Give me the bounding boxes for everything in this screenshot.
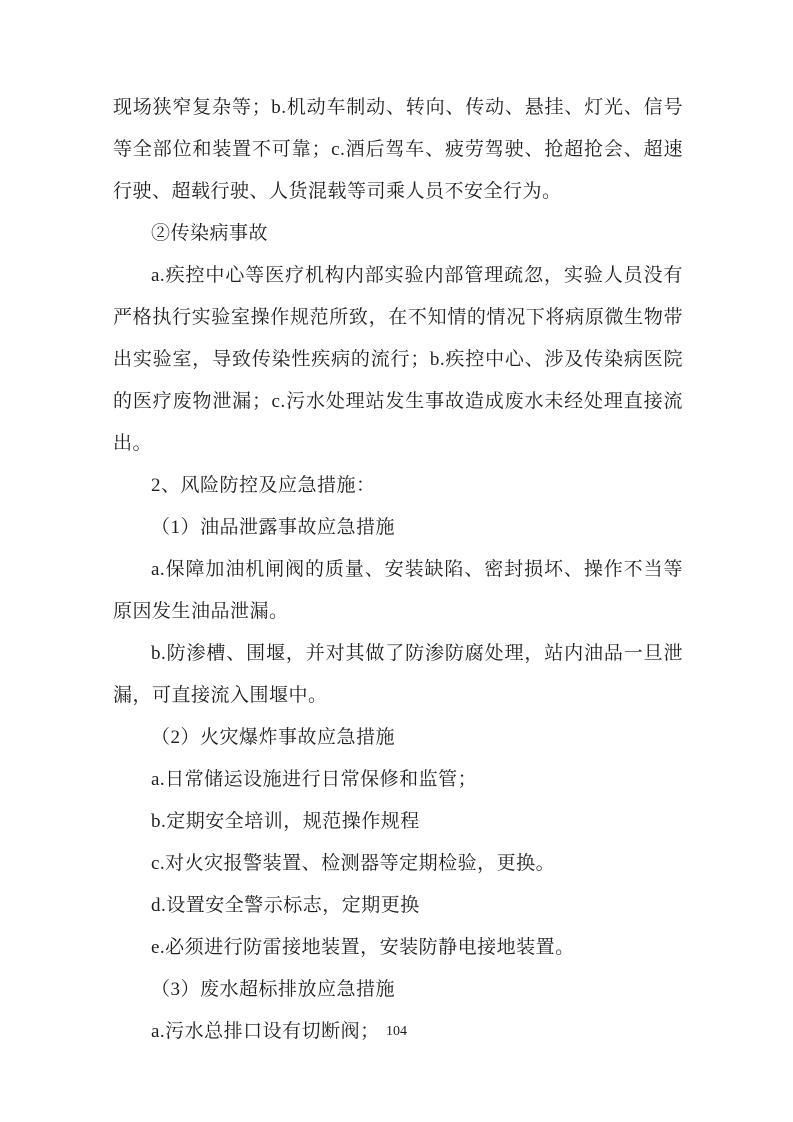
paragraph-infectious-disease-detail: a.疾控中心等医疗机构内部实验内部管理疏忽，实验人员没有严格执行实验室操作规范所…: [113, 255, 683, 465]
paragraph-fire-item-b: b.定期安全培训，规范操作规程: [113, 801, 683, 843]
paragraph-fire-item-e: e.必须进行防雷接地装置，安装防静电接地装置。: [113, 927, 683, 969]
paragraph-oil-leak-item-b: b.防渗槽、围堰，并对其做了防渗防腐处理，站内油品一旦泄漏，可直接流入围堰中。: [113, 633, 683, 717]
paragraph-heading-oil-leak: （1）油品泄露事故应急措施: [113, 507, 683, 549]
paragraph-heading-wastewater: （3）废水超标排放应急措施: [113, 969, 683, 1011]
paragraph-fire-item-a: a.日常储运设施进行日常保修和监管；: [113, 759, 683, 801]
paragraph-oil-leak-item-a: a.保障加油机闸阀的质量、安装缺陷、密封损坏、操作不当等原因发生油品泄漏。: [113, 549, 683, 633]
document-body: 现场狭窄复杂等；b.机动车制动、转向、传动、悬挂、灯光、信号等全部位和装置不可靠…: [113, 87, 683, 1053]
paragraph-fire-item-d: d.设置安全警示标志，定期更换: [113, 885, 683, 927]
paragraph-heading-risk-control: 2、风险防控及应急措施：: [113, 465, 683, 507]
paragraph-fire-item-c: c.对火灾报警装置、检测器等定期检验，更换。: [113, 843, 683, 885]
document-page: 现场狭窄复杂等；b.机动车制动、转向、传动、悬挂、灯光、信号等全部位和装置不可靠…: [0, 0, 793, 1122]
paragraph-heading-infectious-disease: ②传染病事故: [113, 213, 683, 255]
paragraph-continuation: 现场狭窄复杂等；b.机动车制动、转向、传动、悬挂、灯光、信号等全部位和装置不可靠…: [113, 87, 683, 213]
page-number: 104: [0, 1022, 793, 1042]
paragraph-heading-fire-explosion: （2）火灾爆炸事故应急措施: [113, 717, 683, 759]
